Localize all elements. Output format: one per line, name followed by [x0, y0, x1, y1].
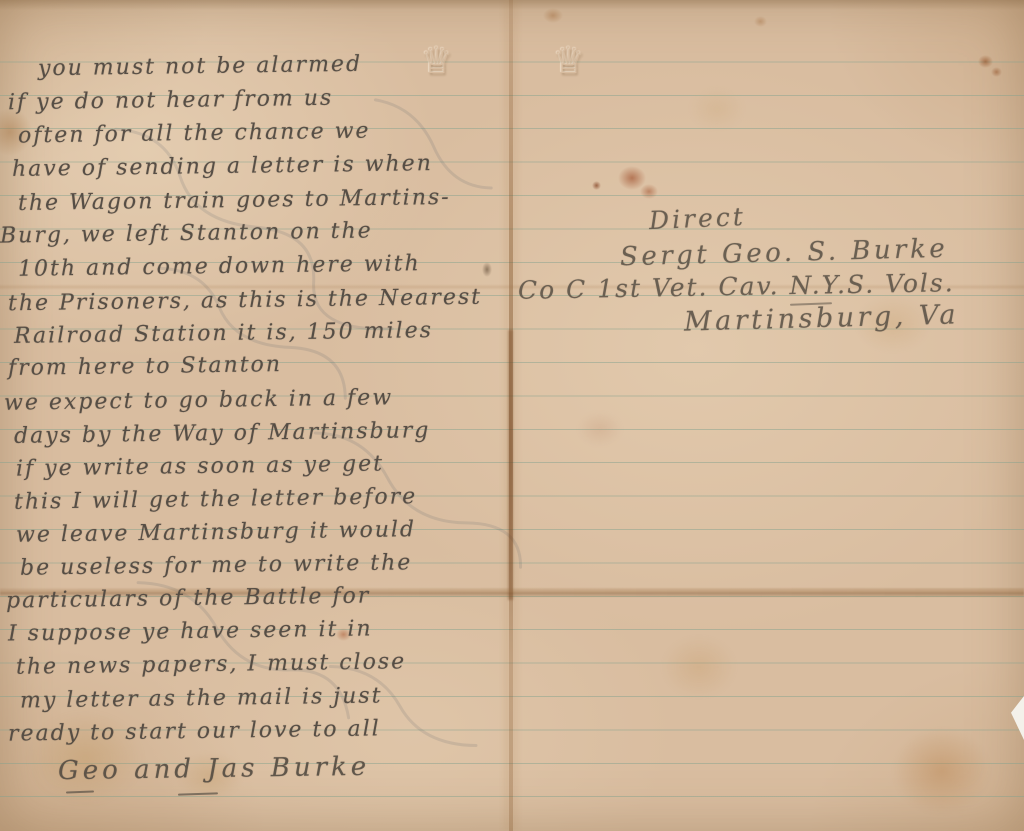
letter-line: this I will get the letter before [14, 484, 418, 515]
stain [640, 184, 658, 199]
letter-line: the Prisoners, as this is the Nearest [8, 285, 482, 317]
letter-line: have of sending a letter is when [12, 151, 433, 182]
stain [991, 67, 1002, 77]
letter-line: I suppose ye have seen it in [8, 616, 373, 646]
address-heading: Direct [648, 202, 746, 235]
vertical-fold-crease-dark [508, 330, 513, 600]
letter-line: often for all the chance we [18, 119, 371, 149]
letter-line: Railroad Station it is, 150 miles [14, 318, 433, 349]
letter-line: we leave Martinsburg it would [16, 517, 416, 548]
letter-line: particulars of the Battle for [6, 583, 371, 613]
address-line: Sergt Geo. S. Burke [620, 234, 949, 273]
stain [662, 636, 736, 698]
stain [592, 181, 601, 190]
letter-line: Burg, we left Stanton on the [0, 218, 373, 248]
letter-line: if ye do not hear from us [8, 86, 334, 116]
stain [543, 8, 563, 23]
letter-line: the Wagon train goes to Martins- [18, 185, 451, 216]
stain [978, 55, 993, 68]
embossed-crown-seal-icon: ♕ [414, 40, 460, 84]
letter-line: 10th and come down here with [18, 251, 421, 282]
address-line: Co C 1st Vet. Cav. N.Y.S. Vols. [518, 268, 955, 305]
letter-line: we expect to go back in a few [4, 385, 393, 415]
stain [618, 166, 646, 190]
signature-underline [66, 791, 94, 794]
stain [754, 16, 767, 27]
stain [578, 412, 622, 446]
letter-line: be useless for me to write the [20, 550, 413, 580]
signature-line: Geo and Jas Burke [58, 752, 371, 786]
signature-underline [178, 792, 218, 795]
stain [690, 88, 744, 130]
letter-line: the news papers, I must close [16, 649, 406, 679]
address-line: Martinsburg, Va [684, 299, 960, 337]
letter-line: if ye write as soon as ye get [16, 451, 384, 481]
stain [893, 728, 990, 814]
letter-scan: ♕ ♕ you must not be alarmed if ye do not… [0, 0, 1024, 831]
letter-line: my letter as the mail is just [20, 683, 383, 713]
embossed-crown-seal-icon: ♕ [546, 40, 592, 84]
letter-line: you must not be alarmed [38, 52, 362, 82]
letter-line: from here to Stanton [8, 352, 282, 381]
letter-line: days by the Way of Martinsburg [14, 418, 431, 449]
stain [482, 262, 492, 277]
letter-line: ready to start our love to all [8, 716, 381, 746]
scan-edge-artifact [1011, 696, 1024, 740]
